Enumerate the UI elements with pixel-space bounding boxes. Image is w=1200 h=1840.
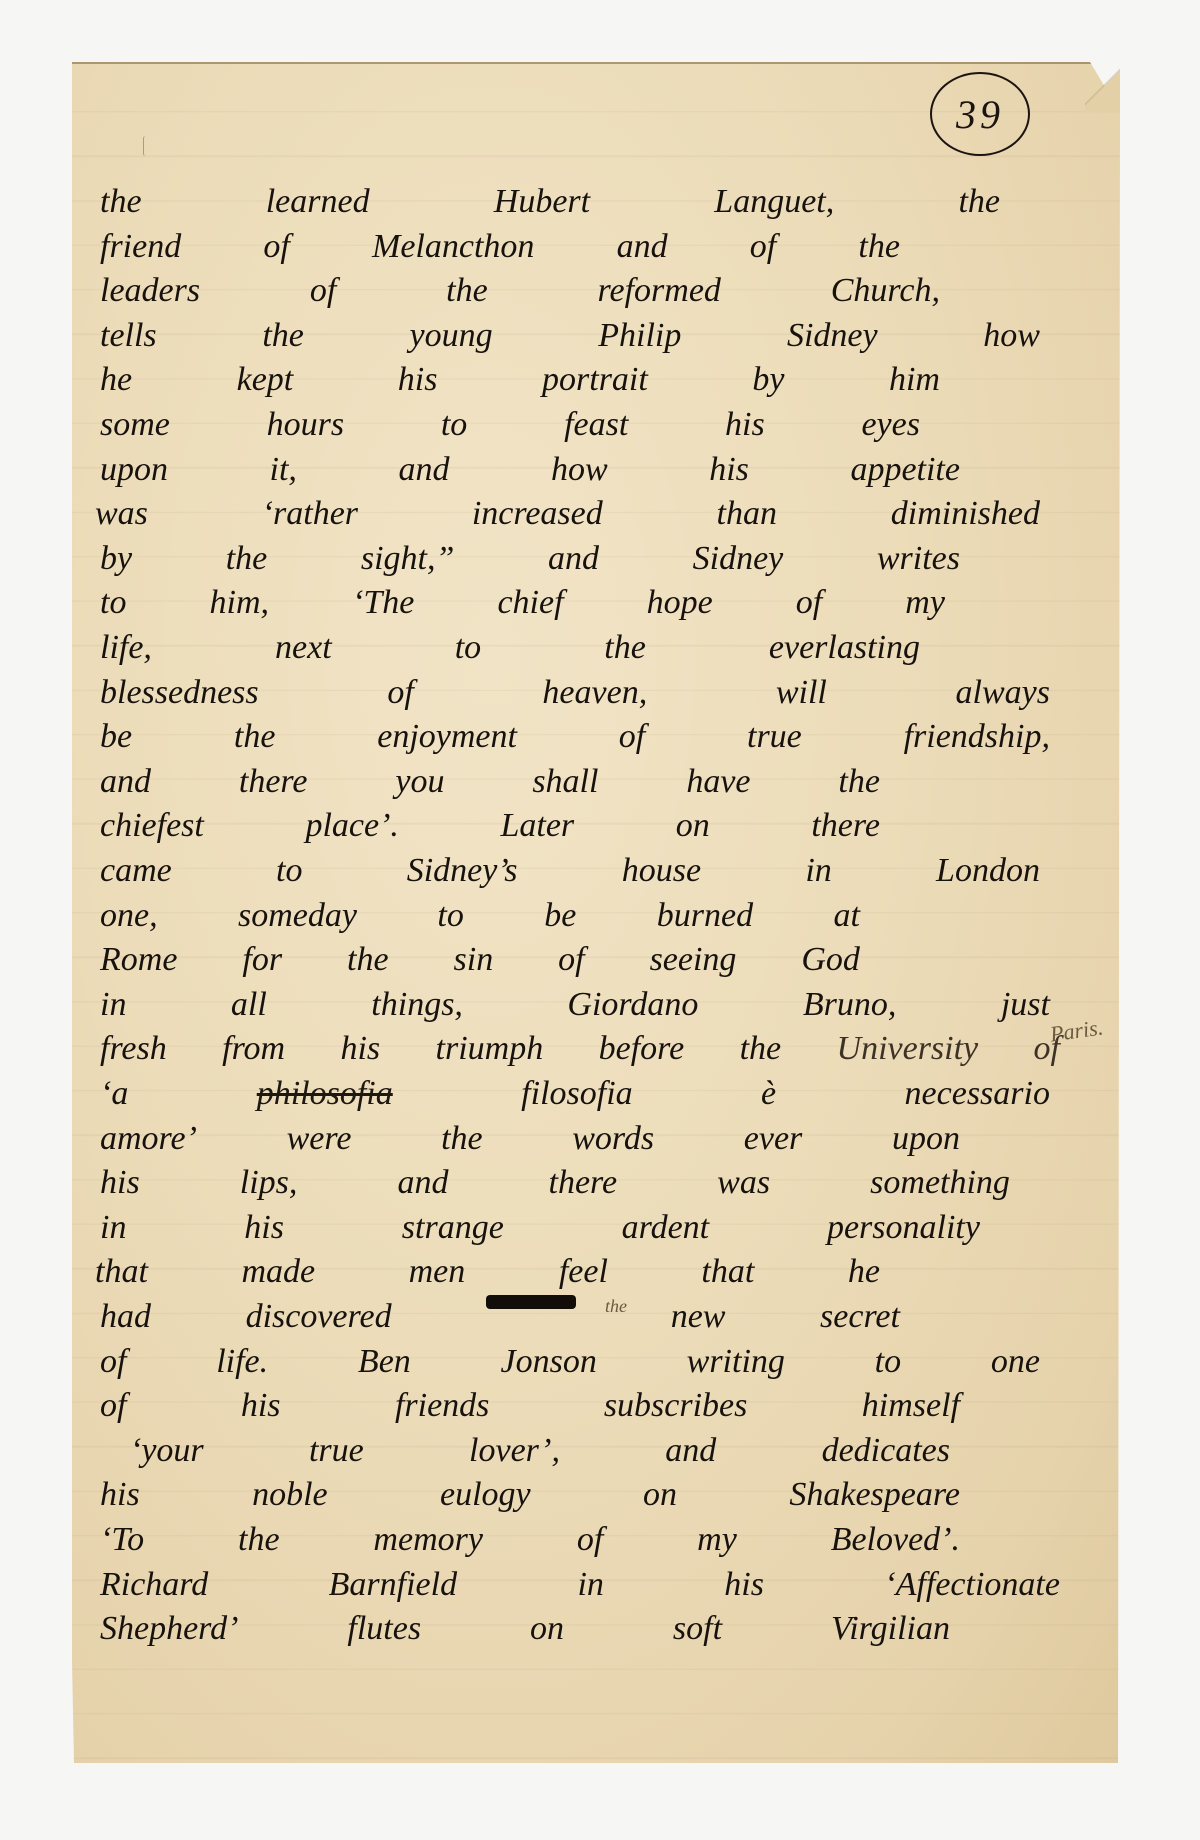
word: the (234, 715, 276, 759)
word: ‘a (100, 1072, 128, 1116)
word: Ben (358, 1340, 411, 1384)
page-number-circled: 39 (930, 72, 1030, 156)
word: the (226, 537, 268, 581)
word: Giordano (567, 983, 698, 1027)
text-line: was‘ratherincreasedthandiminished (95, 492, 1040, 536)
text-line: thatmademenfeelthathe (95, 1250, 880, 1294)
word: have (686, 760, 750, 804)
word: him (889, 358, 940, 402)
pencil-mark (143, 136, 148, 156)
word: life. (216, 1340, 268, 1384)
word: Barnfield (329, 1563, 457, 1607)
word: friend (100, 225, 181, 269)
word: ‘your (130, 1429, 204, 1473)
word: new (671, 1295, 726, 1339)
word: and (398, 448, 449, 492)
word: flutes (347, 1607, 421, 1651)
word: Jonson (501, 1340, 597, 1384)
text-line: haddiscoveredsomenewsecret (100, 1295, 900, 1339)
word: heaven, (542, 671, 647, 715)
word: in (100, 983, 126, 1027)
word: life, (100, 626, 152, 670)
word: friendship, (904, 715, 1050, 759)
word: Virgilian (831, 1607, 950, 1651)
word: of (577, 1518, 603, 1562)
word: by (752, 358, 784, 402)
word: Later (500, 804, 574, 848)
word: ‘rather (262, 492, 358, 536)
word: of (619, 715, 645, 759)
word: someday (238, 894, 357, 938)
text-line: hekepthisportraitbyhim (100, 358, 940, 402)
text-line: uponit,andhowhisappetite (100, 448, 960, 492)
word: enjoyment (377, 715, 517, 759)
word: diminished (891, 492, 1040, 536)
word: the (100, 180, 142, 224)
word: one (991, 1340, 1040, 1384)
word: the (858, 225, 900, 269)
word: the (238, 1518, 280, 1562)
word: increased (472, 492, 603, 536)
word: some (100, 403, 170, 447)
word: amore’ (100, 1117, 197, 1161)
text-line: RomeforthesinofseeingGod (100, 938, 860, 982)
word: strange (402, 1206, 504, 1250)
word: everlasting (769, 626, 920, 670)
word: Bruno, (803, 983, 897, 1027)
text-line: hislips,andtherewassomething (100, 1161, 1010, 1205)
word: there (811, 804, 880, 848)
word: ‘The (352, 581, 414, 625)
word: and (397, 1161, 448, 1205)
word: Philip (598, 314, 681, 358)
word: young (410, 314, 493, 358)
word: Melancthon (372, 225, 534, 269)
word: eulogy (440, 1473, 531, 1517)
word: his (100, 1161, 140, 1205)
word: hope (647, 581, 713, 625)
word: ‘To (100, 1518, 144, 1562)
word: his (340, 1027, 380, 1071)
word: kept (237, 358, 294, 402)
struck-word: philosofia (257, 1072, 393, 1116)
word: of (310, 269, 336, 313)
word: feast (564, 403, 628, 447)
word: Shepherd’ (100, 1607, 238, 1651)
word: something (870, 1161, 1010, 1205)
word: his (244, 1206, 284, 1250)
word: filosofia (521, 1072, 632, 1116)
word: personality (827, 1206, 980, 1250)
word: that (95, 1250, 148, 1294)
word: Richard (100, 1563, 208, 1607)
word: burned (657, 894, 753, 938)
text-line: freshfromhistriumphbeforetheUniversityof (100, 1027, 1060, 1071)
word: the (262, 314, 304, 358)
word: by (100, 537, 132, 581)
text-line: somehourstofeasthiseyes (100, 403, 920, 447)
word: God (801, 938, 860, 982)
word: in (100, 1206, 126, 1250)
word: reformed (598, 269, 721, 313)
text-line: cametoSidney’shouseinLondon (100, 849, 1040, 893)
word: of (796, 581, 822, 625)
word: of (263, 225, 289, 269)
word: had (100, 1295, 151, 1339)
text-line: ‘TothememoryofmyBeloved’. (100, 1518, 960, 1562)
word: appetite (850, 448, 960, 492)
word: in (805, 849, 831, 893)
word: how (983, 314, 1040, 358)
word: necessario (905, 1072, 1050, 1116)
word: Sidney’s (407, 849, 518, 893)
word: and (100, 760, 151, 804)
word: will (776, 671, 827, 715)
word: blessedness (100, 671, 259, 715)
above-line-insert-the: the (605, 1296, 627, 1317)
text-line: life,nexttotheeverlasting (100, 626, 920, 670)
word: lips, (240, 1161, 298, 1205)
word: portrait (542, 358, 648, 402)
word: to (455, 626, 481, 670)
word: he (100, 358, 132, 402)
text-line: one,somedaytobeburnedat (100, 894, 860, 938)
word: dedicates (822, 1429, 950, 1473)
word: Rome (100, 938, 177, 982)
word: to (437, 894, 463, 938)
word: Church, (831, 269, 940, 313)
word: ever (744, 1117, 803, 1161)
word: upon (892, 1117, 960, 1161)
word: before (599, 1027, 685, 1071)
word: his (241, 1384, 281, 1428)
word: to (875, 1340, 901, 1384)
word: to (276, 849, 302, 893)
word: at (834, 894, 860, 938)
word: and (665, 1429, 716, 1473)
word: place’. (305, 804, 398, 848)
word: of (387, 671, 413, 715)
word: learned (266, 180, 370, 224)
word: ardent (622, 1206, 710, 1250)
word: his (725, 403, 765, 447)
word: chiefest (100, 804, 204, 848)
word: his (709, 448, 749, 492)
word: feel (559, 1250, 608, 1294)
word: eyes (861, 403, 920, 447)
word: on (530, 1607, 564, 1651)
word: it, (270, 448, 297, 492)
word: was (717, 1161, 770, 1205)
word: how (551, 448, 608, 492)
word: in (577, 1563, 603, 1607)
word: upon (100, 448, 168, 492)
text-line: blessednessofheaven,willalways (100, 671, 1050, 715)
word: Sidney (693, 537, 784, 581)
word: triumph (436, 1027, 544, 1071)
word: seeing (650, 938, 737, 982)
text-line: oflife.BenJonsonwritingtoone (100, 1340, 1040, 1384)
word: true (309, 1429, 364, 1473)
word: of (558, 938, 584, 982)
word: the (604, 626, 646, 670)
text-line: friendofMelancthonandofthe (100, 225, 900, 269)
word: true (747, 715, 802, 759)
word: writing (687, 1340, 785, 1384)
word: noble (252, 1473, 328, 1517)
word: was (95, 492, 148, 536)
word: the (958, 180, 1000, 224)
word: on (643, 1473, 677, 1517)
word: Shakespeare (789, 1473, 960, 1517)
word: on (676, 804, 710, 848)
word: you (395, 760, 444, 804)
word: hours (267, 403, 344, 447)
word: Hubert (494, 180, 590, 224)
word: the (838, 760, 880, 804)
blotted-word: some (486, 1295, 576, 1309)
word: the (347, 938, 389, 982)
word: that (701, 1250, 754, 1294)
word: be (544, 894, 576, 938)
text-line: hisnobleeulogyonShakespeare (100, 1473, 960, 1517)
word: house (622, 849, 701, 893)
word: than (717, 492, 777, 536)
text-line: leadersofthereformedChurch, (100, 269, 940, 313)
scan-background: 39 thelearnedHubertLanguet,thefriendofMe… (0, 0, 1200, 1840)
word: University (837, 1027, 979, 1071)
word: the (441, 1117, 483, 1161)
text-line: tohim,‘Thechiefhopeofmy (100, 581, 945, 625)
word: friends (395, 1384, 489, 1428)
word: his (100, 1473, 140, 1517)
word: he (848, 1250, 880, 1294)
word: things, (371, 983, 463, 1027)
word: one, (100, 894, 158, 938)
text-line: RichardBarnfieldinhis‘Affectionate (100, 1563, 1060, 1607)
word: Sidney (787, 314, 878, 358)
word: always (956, 671, 1050, 715)
word: secret (820, 1295, 900, 1339)
text-line: ‘aphilosofiafilosofiaènecessario (100, 1072, 1050, 1116)
text-line: Shepherd’flutesonsoftVirgilian (100, 1607, 950, 1651)
word: his (398, 358, 438, 402)
text-line: amore’werethewordseverupon (100, 1117, 960, 1161)
text-line: inhisstrangeardentpersonality (100, 1206, 980, 1250)
word: from (222, 1027, 285, 1071)
word: just (1001, 983, 1050, 1027)
text-line: ‘yourtruelover’,anddedicates (130, 1429, 950, 1473)
word: all (231, 983, 267, 1027)
word: writes (877, 537, 960, 581)
word: leaders (100, 269, 200, 313)
word: were (287, 1117, 352, 1161)
word: there (549, 1161, 618, 1205)
word: memory (373, 1518, 483, 1562)
text-line: andthereyoushallhavethe (100, 760, 880, 804)
word: my (697, 1518, 737, 1562)
word: London (936, 849, 1040, 893)
word: discovered (246, 1295, 392, 1339)
word: Beloved’. (831, 1518, 960, 1562)
word: subscribes (604, 1384, 748, 1428)
word: came (100, 849, 172, 893)
text-line: bythesight,”andSidneywrites (100, 537, 960, 581)
word: to (100, 581, 126, 625)
text-line: inallthings,GiordanoBruno,just (100, 983, 1050, 1027)
word: soft (673, 1607, 722, 1651)
word: himself (862, 1384, 960, 1428)
word: him, (210, 581, 270, 625)
text-line: thelearnedHubertLanguet,the (100, 180, 1000, 224)
word: my (905, 581, 945, 625)
word: next (275, 626, 332, 670)
word: fresh (100, 1027, 167, 1071)
word: lover’, (469, 1429, 560, 1473)
word: be (100, 715, 132, 759)
word: men (409, 1250, 466, 1294)
word: sight,” (361, 537, 455, 581)
word: Languet, (714, 180, 834, 224)
word: chief (497, 581, 563, 625)
word: of (100, 1340, 126, 1384)
word: and (617, 225, 668, 269)
text-line: betheenjoymentoftruefriendship, (100, 715, 1050, 759)
word: his (724, 1563, 764, 1607)
word: to (441, 403, 467, 447)
text-line: chiefestplace’.Lateronthere (100, 804, 880, 848)
word: for (242, 938, 282, 982)
word: there (239, 760, 308, 804)
word: of (750, 225, 776, 269)
text-line: ofhisfriendssubscribeshimself (100, 1384, 960, 1428)
page-number: 39 (956, 91, 1004, 138)
text-line: tellstheyoungPhilipSidneyhow (100, 314, 1040, 358)
word: ‘Affectionate (884, 1563, 1060, 1607)
word: made (241, 1250, 315, 1294)
word: è (761, 1072, 776, 1116)
word: words (572, 1117, 654, 1161)
word: of (100, 1384, 126, 1428)
word: the (446, 269, 488, 313)
word: sin (454, 938, 494, 982)
word: tells (100, 314, 157, 358)
word: shall (532, 760, 598, 804)
word: and (548, 537, 599, 581)
word: the (740, 1027, 782, 1071)
